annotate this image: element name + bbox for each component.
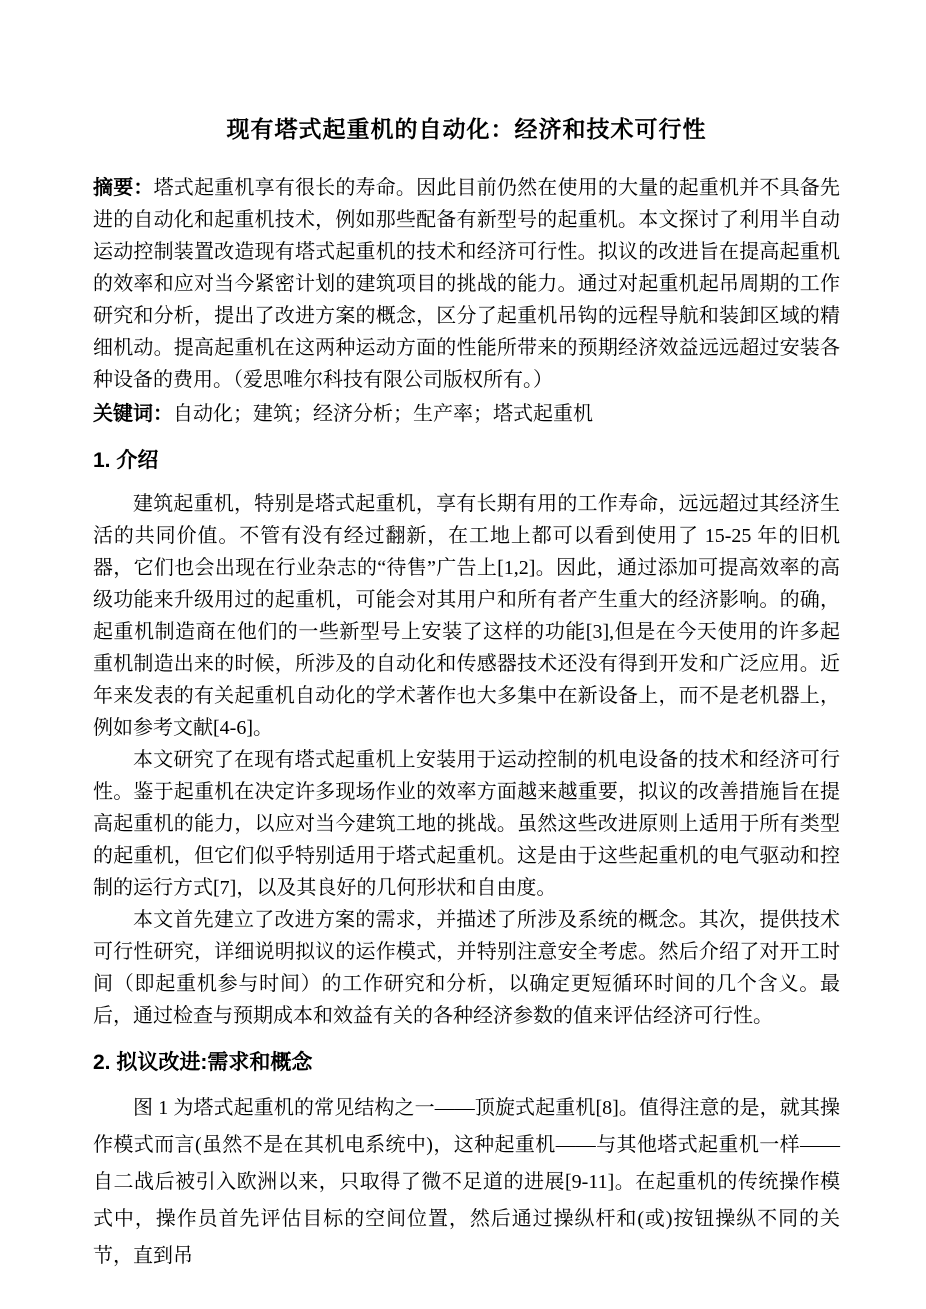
introduction-paragraph-3: 本文首先建立了改进方案的需求，并描述了所涉及系统的概念。其次，提供技术可行性研究…: [93, 904, 840, 1032]
section-heading-proposed-improvements: 2. 拟议改进:需求和概念: [93, 1049, 840, 1077]
abstract-label: 摘要：: [93, 177, 154, 199]
introduction-paragraph-1: 建筑起重机，特别是塔式起重机，享有长期有用的工作寿命，远远超过其经济生活的共同价…: [93, 488, 840, 744]
abstract-paragraph: 摘要：塔式起重机享有很长的寿命。因此目前仍然在使用的大量的起重机并不具备先进的自…: [93, 172, 840, 396]
abstract-text: 塔式起重机享有很长的寿命。因此目前仍然在使用的大量的起重机并不具备先进的自动化和…: [93, 177, 840, 391]
proposed-improvements-paragraph-1: 图 1 为塔式起重机的常见结构之一——顶旋式起重机[8]。值得注意的是，就其操作…: [93, 1090, 840, 1275]
keywords-text: 自动化；建筑；经济分析；生产率；塔式起重机: [173, 403, 593, 425]
document-title: 现有塔式起重机的自动化：经济和技术可行性: [93, 112, 840, 146]
keywords-paragraph: 关键词：自动化；建筑；经济分析；生产率；塔式起重机: [93, 398, 840, 430]
section-heading-introduction: 1. 介绍: [93, 447, 840, 475]
keywords-label: 关键词：: [93, 403, 173, 425]
introduction-paragraph-2: 本文研究了在现有塔式起重机上安装用于运动控制的机电设备的技术和经济可行性。鉴于起…: [93, 744, 840, 904]
document-page: 现有塔式起重机的自动化：经济和技术可行性 摘要：塔式起重机享有很长的寿命。因此目…: [0, 0, 926, 1309]
